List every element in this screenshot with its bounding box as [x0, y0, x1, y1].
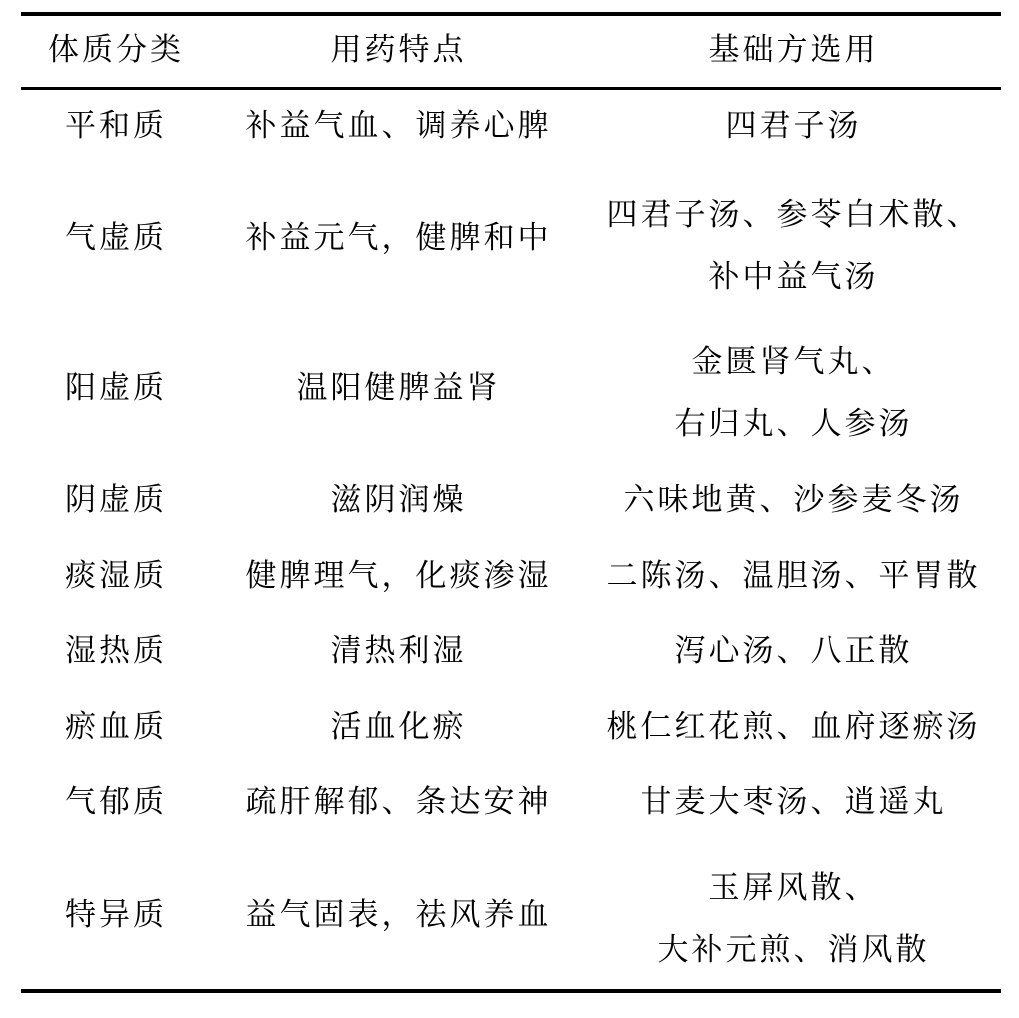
- constitution-type: 气虚质: [21, 214, 211, 262]
- medication-features: 活血化瘀: [211, 703, 586, 751]
- formula-line: 四君子汤、参苓白术散、: [586, 184, 1001, 246]
- table-top-rule: [21, 12, 1001, 16]
- medication-features: 清热利湿: [211, 627, 586, 675]
- constitution-type: 特异质: [21, 891, 211, 939]
- table-header-rule: [21, 87, 1001, 90]
- formula-line: 桃仁红花煎、血府逐瘀汤: [586, 703, 1001, 751]
- formula-line: 泻心汤、八正散: [586, 627, 1001, 675]
- constitution-type: 痰湿质: [21, 552, 211, 600]
- table-bottom-rule: [21, 989, 1001, 993]
- base-formulas: 四君子汤: [586, 102, 1001, 150]
- constitution-type: 瘀血质: [21, 703, 211, 751]
- medication-features: 补益元气，健脾和中: [211, 214, 586, 262]
- formula-line: 玉屏风散、: [586, 857, 1001, 919]
- constitution-type: 阴虚质: [21, 476, 211, 524]
- constitution-type: 平和质: [21, 102, 211, 150]
- formula-line: 六味地黄、沙参麦冬汤: [586, 476, 1001, 524]
- header-medication-features: 用药特点: [211, 26, 586, 74]
- header-base-formulas: 基础方选用: [586, 26, 1001, 74]
- formula-line: 补中益气汤: [586, 246, 1001, 308]
- constitution-type: 阳虚质: [21, 364, 211, 412]
- medication-features: 补益气血、调养心脾: [211, 102, 586, 150]
- base-formulas: 四君子汤、参苓白术散、 补中益气汤: [586, 184, 1001, 308]
- formula-line: 大补元煎、消风散: [586, 919, 1001, 981]
- formula-line: 右归丸、人参汤: [586, 393, 1001, 455]
- base-formulas: 二陈汤、温胆汤、平胃散: [586, 552, 1001, 600]
- header-constitution-type: 体质分类: [21, 26, 211, 74]
- base-formulas: 金匮肾气丸、 右归丸、人参汤: [586, 331, 1001, 455]
- constitution-type: 气郁质: [21, 778, 211, 826]
- base-formulas: 玉屏风散、 大补元煎、消风散: [586, 857, 1001, 981]
- formula-line: 金匮肾气丸、: [586, 331, 1001, 393]
- base-formulas: 泻心汤、八正散: [586, 627, 1001, 675]
- medication-features: 疏肝解郁、条达安神: [211, 778, 586, 826]
- constitution-type: 湿热质: [21, 627, 211, 675]
- medication-features: 健脾理气，化痰渗湿: [211, 552, 586, 600]
- medication-features: 滋阴润燥: [211, 476, 586, 524]
- formula-line: 四君子汤: [586, 102, 1001, 150]
- formula-line: 甘麦大枣汤、逍遥丸: [586, 778, 1001, 826]
- base-formulas: 甘麦大枣汤、逍遥丸: [586, 778, 1001, 826]
- formula-line: 二陈汤、温胆汤、平胃散: [586, 552, 1001, 600]
- medication-features: 温阳健脾益肾: [211, 364, 586, 412]
- medication-features: 益气固表，祛风养血: [211, 891, 586, 939]
- base-formulas: 桃仁红花煎、血府逐瘀汤: [586, 703, 1001, 751]
- base-formulas: 六味地黄、沙参麦冬汤: [586, 476, 1001, 524]
